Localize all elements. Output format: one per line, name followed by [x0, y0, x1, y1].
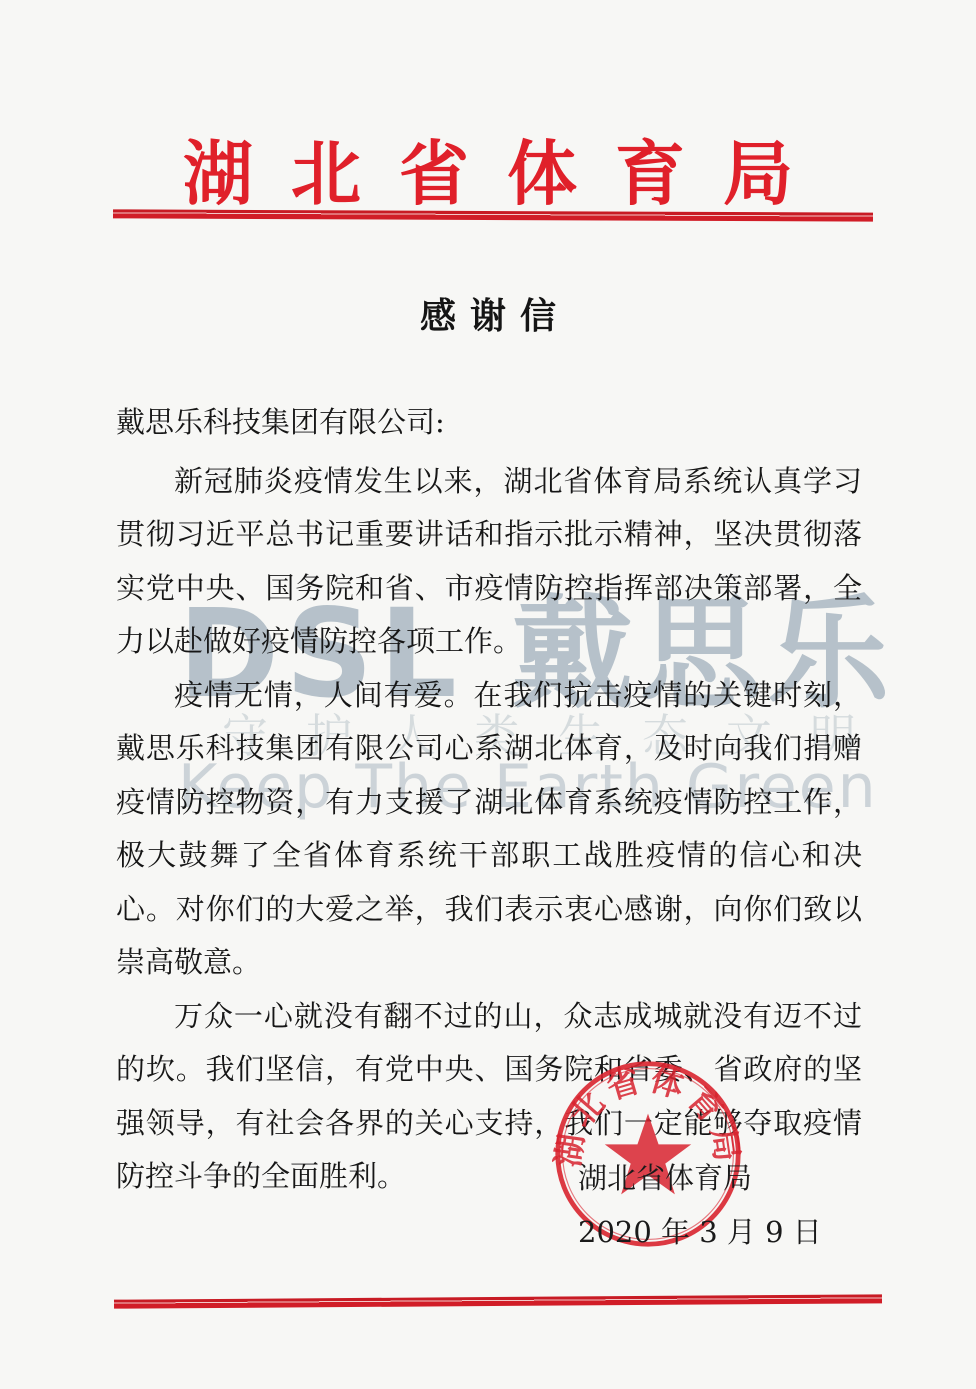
paragraph-1: 新冠肺炎疫情发生以来，湖北省体育局系统认真学习贯彻习近平总书记重要讲话和指示批示… — [116, 455, 862, 669]
letterhead-divider — [113, 209, 873, 221]
paragraph-2: 疫情无情，人间有爱。在我们抗击疫情的关键时刻，戴思乐科技集团有限公司心系湖北体育… — [116, 669, 862, 990]
document-title: 感谢信 — [0, 288, 976, 339]
letterhead-organization: 湖北省体育局 — [0, 118, 976, 219]
signature-date: 2020 年 3 月 9 日 — [578, 1205, 822, 1259]
footer-divider — [114, 1294, 882, 1308]
salutation: 戴思乐科技集团有限公司: — [116, 396, 862, 450]
signature-organization: 湖北省体育局 — [578, 1151, 822, 1205]
letter-body: 戴思乐科技集团有限公司: 新冠肺炎疫情发生以来，湖北省体育局系统认真学习贯彻习近… — [116, 396, 862, 1204]
signature-block: 湖北省体育局 2020 年 3 月 9 日 — [578, 1151, 822, 1259]
